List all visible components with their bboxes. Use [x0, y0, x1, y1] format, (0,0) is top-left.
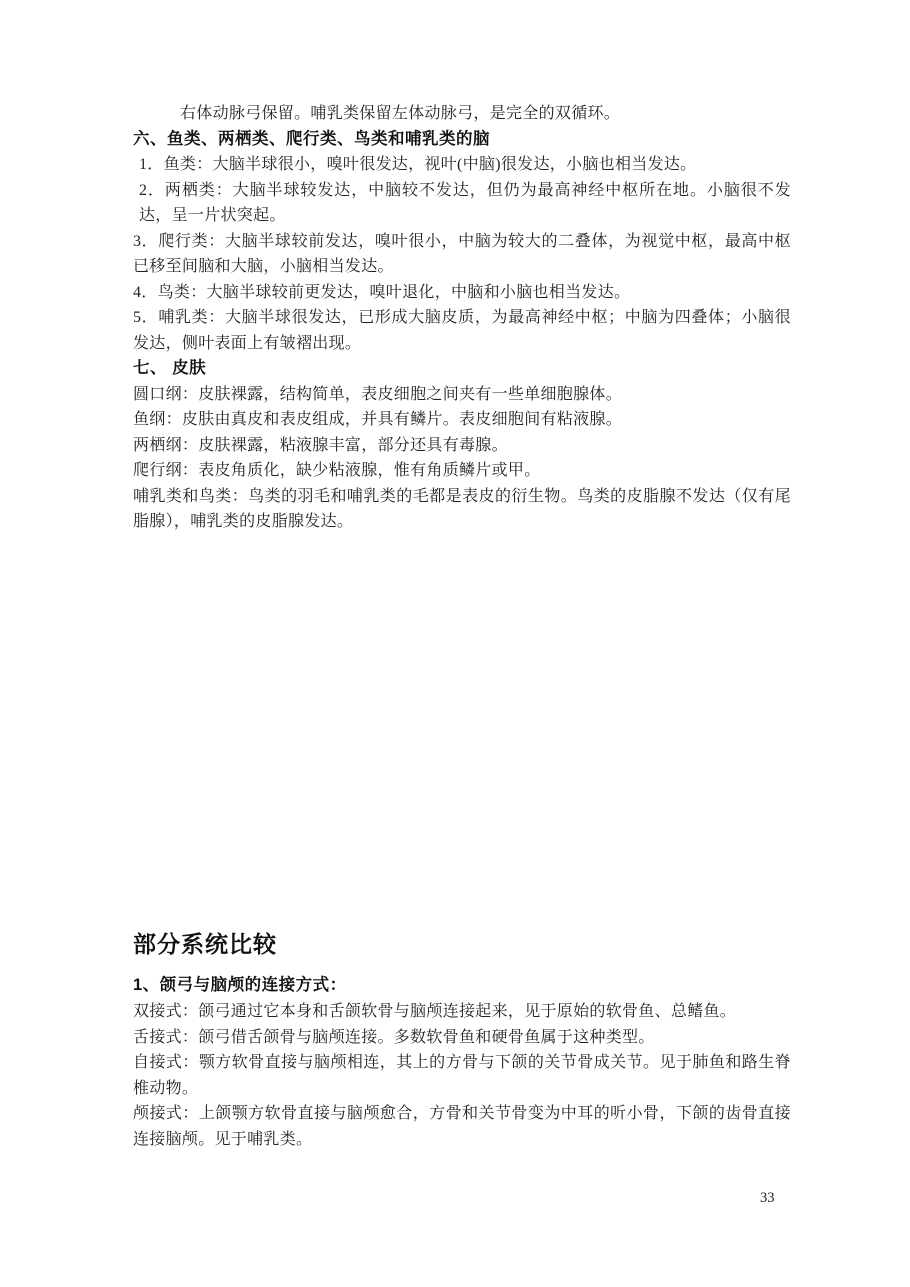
brain-item-bird: 4．鸟类：大脑半球较前更发达，嗅叶退化，中脑和小脑也相当发达。	[133, 280, 791, 306]
jaw-suspension-heading: 1、颌弓与脑颅的连接方式：	[133, 973, 791, 999]
skin-item-amphibian: 两栖纲：皮肤裸露，粘液腺丰富，部分还具有毒腺。	[133, 433, 791, 459]
page-number: 33	[760, 1189, 775, 1207]
suspension-item-amphistylic: 双接式：颌弓通过它本身和舌颌软骨与脑颅连接起来，见于原始的软骨鱼、总鳍鱼。	[133, 999, 791, 1025]
skin-item-cyclostome: 圆口纲：皮肤裸露，结构简单，表皮细胞之间夹有一些单细胞腺体。	[133, 382, 791, 408]
brain-item-amphibian: 2．两栖类：大脑半球较发达，中脑较不发达，但仍为最高神经中枢所在地。小脑很不发达…	[133, 178, 791, 229]
skin-item-fish: 鱼纲：皮肤由真皮和表皮组成，并具有鳞片。表皮细胞间有粘液腺。	[133, 407, 791, 433]
suspension-item-craniostylic: 颅接式：上颌颚方软骨直接与脑颅愈合，方骨和关节骨变为中耳的听小骨，下颌的齿骨直接…	[133, 1101, 791, 1152]
suspension-item-autostylic: 自接式：颚方软骨直接与脑颅相连，其上的方骨与下颌的关节骨成关节。见于肺鱼和路生脊…	[133, 1050, 791, 1101]
document-page: 右体动脉弓保留。哺乳类保留左体动脉弓，是完全的双循环。 六、鱼类、两栖类、爬行类…	[0, 0, 910, 1287]
suspension-item-hyostylic: 舌接式：颌弓借舌颌骨与脑颅连接。多数软骨鱼和硬骨鱼属于这种类型。	[133, 1025, 791, 1051]
brain-item-mammal: 5．哺乳类：大脑半球很发达，已形成大脑皮质，为最高神经中枢；中脑为四叠体；小脑很…	[133, 305, 791, 356]
brain-item-fish: 1．鱼类：大脑半球很小，嗅叶很发达，视叶(中脑)很发达，小脑也相当发达。	[133, 152, 791, 178]
brain-item-reptile: 3．爬行类：大脑半球较前发达，嗅叶很小，中脑为较大的二叠体，为视觉中枢，最高中枢…	[133, 229, 791, 280]
skin-item-mammal-bird: 哺乳类和鸟类：鸟类的羽毛和哺乳类的毛都是表皮的衍生物。鸟类的皮脂腺不发达（仅有尾…	[133, 484, 791, 535]
comparison-section-title: 部分系统比较	[133, 929, 791, 960]
document-content: 右体动脉弓保留。哺乳类保留左体动脉弓，是完全的双循环。 六、鱼类、两栖类、爬行类…	[133, 101, 791, 1152]
section-seven-heading: 七、 皮肤	[133, 356, 791, 382]
section-six-heading: 六、鱼类、两栖类、爬行类、鸟类和哺乳类的脑	[133, 127, 791, 153]
paragraph-aortic-arch: 右体动脉弓保留。哺乳类保留左体动脉弓，是完全的双循环。	[133, 101, 791, 127]
skin-item-reptile: 爬行纲：表皮角质化，缺少粘液腺，惟有角质鳞片或甲。	[133, 458, 791, 484]
